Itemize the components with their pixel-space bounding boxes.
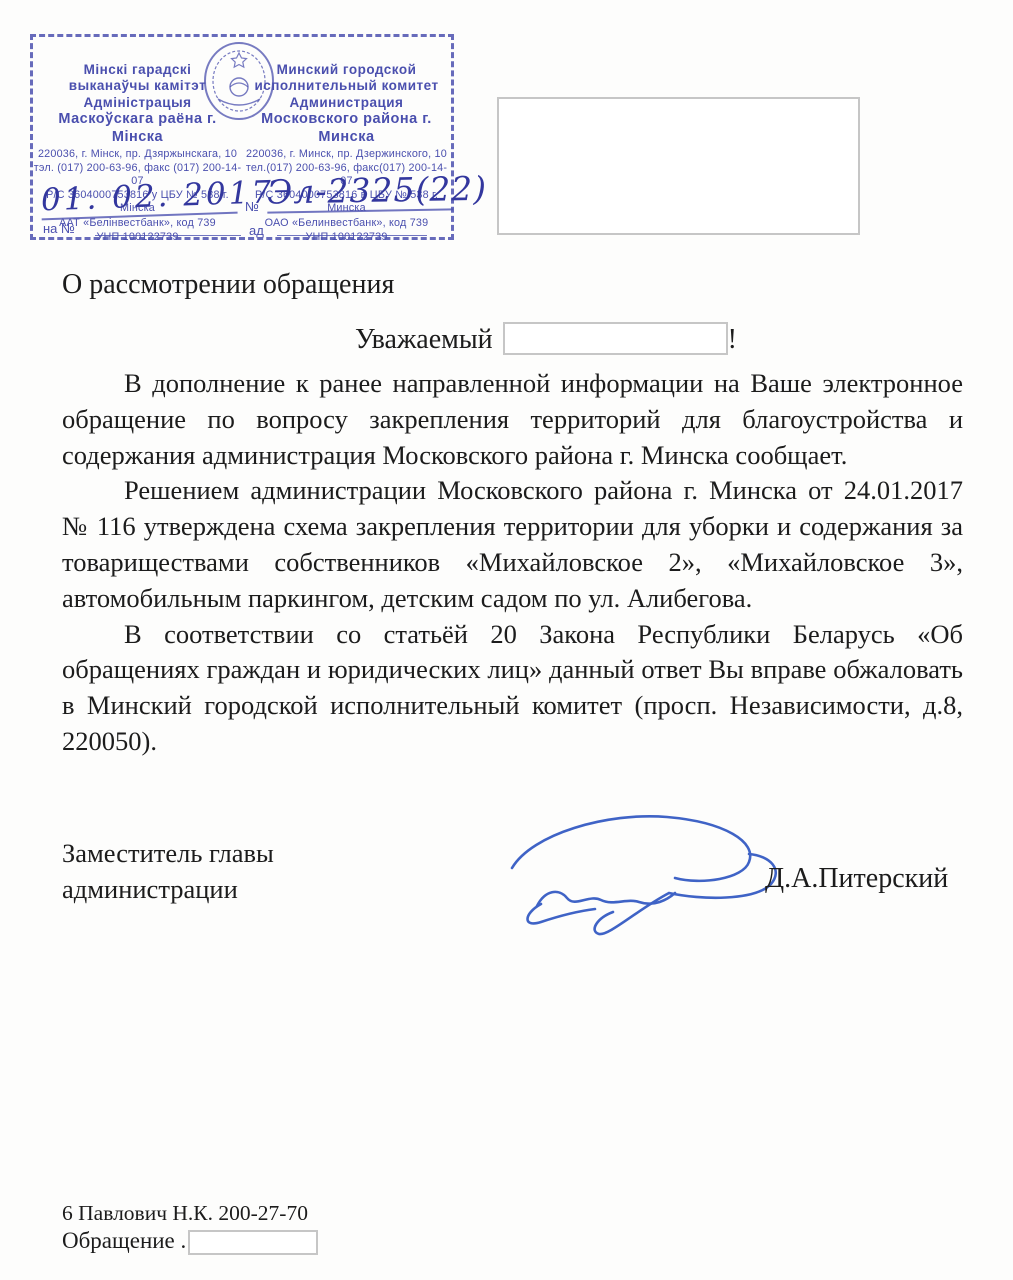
incoming-number-blank-line: [95, 217, 241, 236]
org-detail-line: 220036, г. Минск, пр. Дзержинского, 10: [242, 148, 451, 161]
subject-line: О рассмотрении обращения: [62, 269, 394, 301]
letter-body: В дополнение к ранее направленной информ…: [62, 366, 963, 760]
signature-scribble: [487, 806, 802, 956]
number-label: №: [245, 199, 259, 214]
redaction-box-recipient: [497, 97, 860, 235]
signer-position: Заместитель главы администрации: [62, 835, 274, 907]
body-paragraph: Решением администрации Московского район…: [62, 473, 963, 616]
salutation-prefix: Уважаемый: [355, 324, 493, 355]
redaction-box-name: [503, 322, 728, 355]
handwritten-outgoing-number: Эл-2325(22): [267, 169, 454, 213]
letter-footer: 6 Павлович Н.К. 200-27-70 Обращение .: [62, 1199, 318, 1255]
from-date-label: ад: [249, 223, 264, 238]
handwritten-date: 01. 02. 2017: [40, 176, 237, 221]
signer-position-line: администрации: [62, 871, 274, 907]
org-detail-line: 220036, г. Мінск, пр. Дзяржынскага, 10: [33, 148, 242, 161]
signer-name: Д.А.Питерский: [765, 863, 948, 895]
incoming-number-label: на №: [43, 221, 75, 236]
salutation-exclamation: !: [728, 324, 737, 355]
footer-attachment-line: Обращение .: [62, 1227, 318, 1255]
footer-executor-line: 6 Павлович Н.К. 200-27-70: [62, 1199, 318, 1227]
from-date-blank-line: [277, 217, 427, 236]
body-paragraph: В дополнение к ранее направленной информ…: [62, 366, 963, 473]
signer-position-line: Заместитель главы: [62, 835, 274, 871]
redaction-box-footer: [188, 1230, 318, 1255]
footer-attachment-label: Обращение .: [62, 1228, 186, 1253]
body-paragraph: В соответствии со статьёй 20 Закона Респ…: [62, 617, 963, 760]
coat-of-arms-icon: [200, 39, 278, 123]
salutation-line: Уважаемый!: [355, 324, 737, 356]
scanned-letter-page: Мінскі гарадскі выканаўчы камітэт Адміні…: [0, 0, 1013, 1280]
letterhead-stamp: Мінскі гарадскі выканаўчы камітэт Адміні…: [30, 34, 454, 240]
